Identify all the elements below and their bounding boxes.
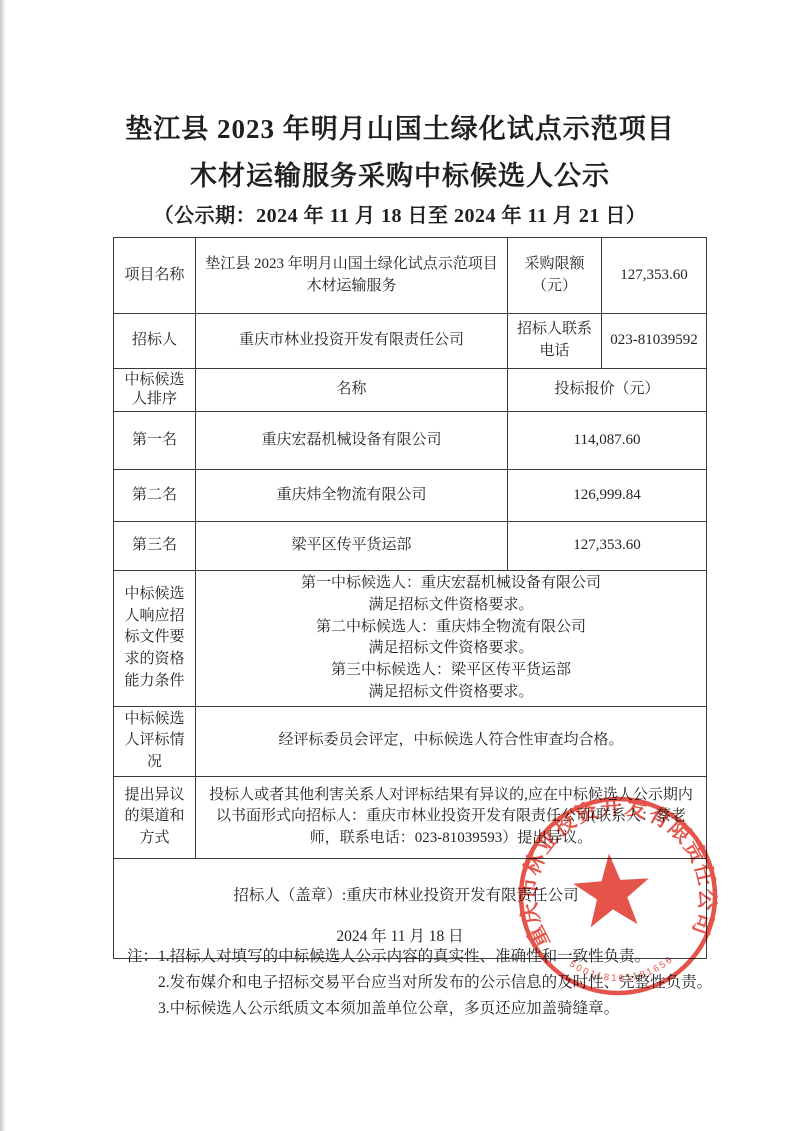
qualification-label: 中标候选 人响应招 标文件要 求的资格 能力条件 [114,571,196,707]
evaluation-label: 中标候选 人评标情 况 [114,706,196,776]
footnotes: 注： 1.招标人对填写的中标候选人公示内容的真实性、准确性和一致性负责。 2.发… [127,944,747,1022]
price-header: 投标报价（元） [508,369,707,412]
evaluation-content: 经评标委员会评定，中标候选人符合性审查均合格。 [196,706,707,776]
footnote-item: 2.发布媒介和电子招标交易平台应当对所发布的公示信息的及时性、完整性负责。 [158,970,712,996]
candidate-1-rank: 第一名 [114,412,196,470]
table-row-objection: 提出异议 的渠道和 方式 投标人或者其他利害关系人对评标结果有异议的,应在中标候… [114,776,707,858]
table-row-candidate-3: 第三名 梁平区传平货运部 127,353.60 [114,522,707,571]
purchase-limit-value: 127,353.60 [602,238,707,314]
project-name-value: 垫江县 2023 年明月山国土绿化试点示范项目 木材运输服务 [196,238,508,314]
tenderer-value: 重庆市林业投资开发有限责任公司 [196,314,508,369]
table-row-tenderer: 招标人 重庆市林业投资开发有限责任公司 招标人联系 电话 023-8103959… [114,314,707,369]
tenderer-phone-label: 招标人联系 电话 [508,314,602,369]
notice-table: 项目名称 垫江县 2023 年明月山国土绿化试点示范项目 木材运输服务 采购限额… [113,237,707,959]
document-title-line2: 木材运输服务采购中标候选人公示 [0,154,800,193]
footnotes-prefix: 注： [127,944,158,1022]
table-row-qualification: 中标候选 人响应招 标文件要 求的资格 能力条件 第一中标候选人：重庆宏磊机械设… [114,571,707,707]
tenderer-phone-value: 023-81039592 [602,314,707,369]
table-row-project: 项目名称 垫江县 2023 年明月山国土绿化试点示范项目 木材运输服务 采购限额… [114,238,707,314]
candidate-1-name: 重庆宏磊机械设备有限公司 [196,412,508,470]
qualification-content: 第一中标候选人：重庆宏磊机械设备有限公司 满足招标文件资格要求。 第二中标候选人… [196,571,707,707]
rank-header-label: 中标候选 人排序 [114,369,196,412]
name-header: 名称 [196,369,508,412]
project-name-label: 项目名称 [114,238,196,314]
candidate-3-rank: 第三名 [114,522,196,571]
candidate-3-price: 127,353.60 [508,522,707,571]
candidate-1-price: 114,087.60 [508,412,707,470]
document-page: 垫江县 2023 年明月山国土绿化试点示范项目 木材运输服务采购中标候选人公示 … [0,0,800,1131]
candidate-2-price: 126,999.84 [508,470,707,522]
candidate-2-rank: 第二名 [114,470,196,522]
table-row-candidate-2: 第二名 重庆炜全物流有限公司 126,999.84 [114,470,707,522]
table-row-candidate-1: 第一名 重庆宏磊机械设备有限公司 114,087.60 [114,412,707,470]
objection-content: 投标人或者其他利害关系人对评标结果有异议的,应在中标候选人公示期内以书面形式向招… [196,776,707,858]
objection-label: 提出异议 的渠道和 方式 [114,776,196,858]
table-row-rank-header: 中标候选 人排序 名称 投标报价（元） [114,369,707,412]
candidate-3-name: 梁平区传平货运部 [196,522,508,571]
footnote-item: 1.招标人对填写的中标候选人公示内容的真实性、准确性和一致性负责。 [158,944,712,970]
publicity-period: （公示期：2024 年 11 月 18 日至 2024 年 11 月 21 日） [0,199,800,228]
footnotes-list: 1.招标人对填写的中标候选人公示内容的真实性、准确性和一致性负责。 2.发布媒介… [158,944,712,1022]
footnote-item: 3.中标候选人公示纸质文本须加盖单位公章，多页还应加盖骑缝章。 [158,996,712,1022]
document-title-line1: 垫江县 2023 年明月山国土绿化试点示范项目 [0,107,800,146]
purchase-limit-label: 采购限额 （元） [508,238,602,314]
signature-line: 招标人（盖章）:重庆市林业投资开发有限责任公司 [120,885,700,907]
table-row-evaluation: 中标候选 人评标情 况 经评标委员会评定，中标候选人符合性审查均合格。 [114,706,707,776]
tenderer-label: 招标人 [114,314,196,369]
candidate-2-name: 重庆炜全物流有限公司 [196,470,508,522]
